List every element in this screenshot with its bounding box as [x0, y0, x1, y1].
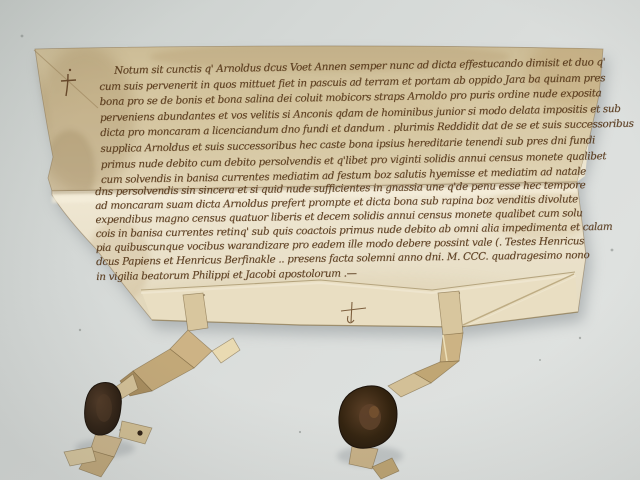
- vignette-overlay: [0, 0, 640, 480]
- photo-canvas: Notum sit cunctis q' Arnoldus dcus Voet …: [0, 0, 640, 480]
- charter-illustration: [0, 0, 640, 480]
